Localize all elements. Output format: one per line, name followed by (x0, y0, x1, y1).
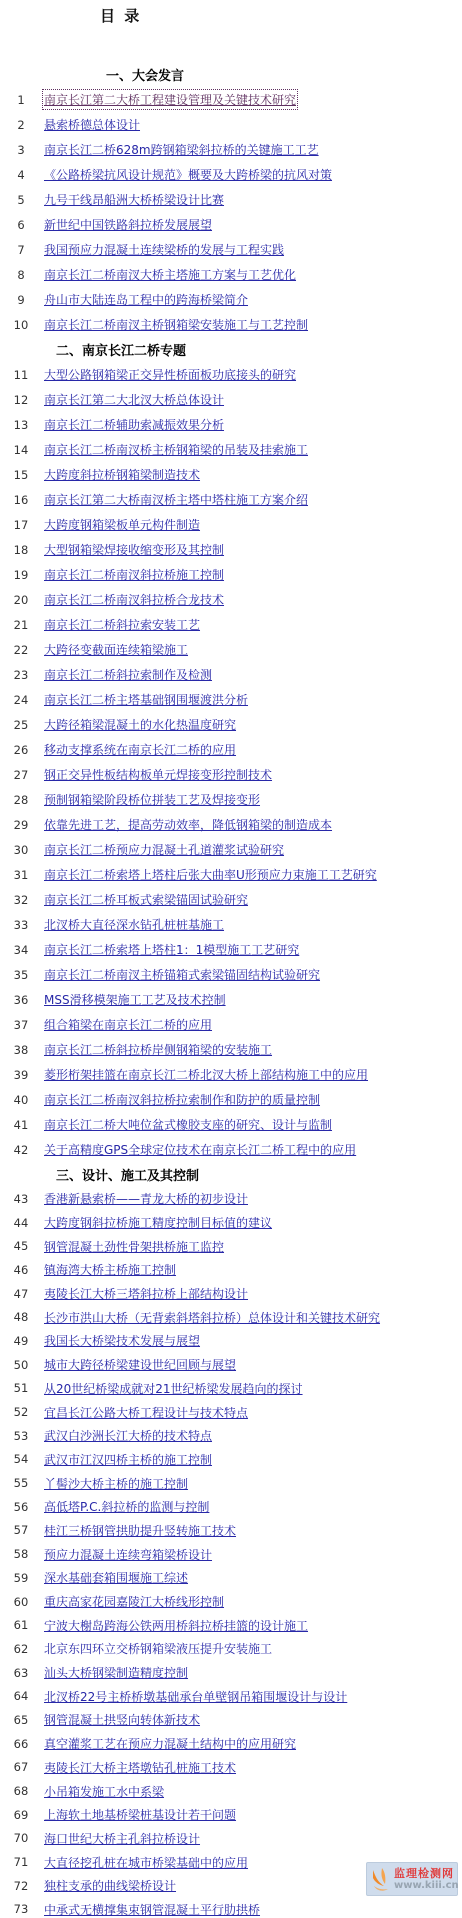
item-number: 16 (8, 493, 34, 507)
toc-link[interactable]: 真空灌浆工艺在预应力混凝土结构中的应用研究 (44, 1735, 296, 1752)
toc-link[interactable]: 移动支撑系统在南京长江二桥的应用 (44, 741, 236, 758)
watermark-logo-icon (370, 1866, 392, 1892)
item-number: 69 (8, 1808, 34, 1822)
item-number: 45 (8, 1239, 34, 1253)
toc-row: 21南京长江二桥斜拉索安装工艺 (0, 612, 462, 637)
toc-link[interactable]: 夷陵长江大桥三塔斜拉桥上部结构设计 (44, 1285, 248, 1302)
toc-row: 45钢管混凝土劲性骨架拱桥施工监控 (0, 1234, 462, 1258)
toc-link[interactable]: 南京长江二桥南汊斜拉桥拉索制作和防护的质量控制 (44, 1091, 320, 1108)
item-number: 13 (8, 418, 34, 432)
watermark-url: www.kiii.cn (394, 1881, 459, 1891)
toc-link[interactable]: 南京长江二桥斜拉索安装工艺 (44, 616, 200, 633)
item-number: 71 (8, 1855, 34, 1869)
toc-link[interactable]: 南京长江二桥预应力混凝土孔道灌浆试验研究 (44, 841, 284, 858)
toc-link[interactable]: 独柱支承的曲线梁桥设计 (44, 1877, 176, 1894)
item-number: 46 (8, 1263, 34, 1277)
toc-row: 9舟山市大陆连岛工程中的跨海桥梁简介 (0, 287, 462, 312)
toc-row: 53武汉白沙洲长江大桥的技术特点 (0, 1424, 462, 1448)
toc-row: 47夷陵长江大桥三塔斜拉桥上部结构设计 (0, 1282, 462, 1306)
toc-row: 2悬索桥德总体设计 (0, 112, 462, 137)
toc-link[interactable]: 南京长江二桥南汊斜拉桥合龙技术 (44, 591, 224, 608)
toc-row: 59深水基础套箱围堰施工综述 (0, 1566, 462, 1590)
toc-link[interactable]: 大型钢箱梁焊接收缩变形及其控制 (44, 541, 224, 558)
toc-link[interactable]: 镇海湾大桥主桥施工控制 (44, 1261, 176, 1278)
toc-link[interactable]: 大型公路钢箱梁正交异性桥面板功底接头的研究 (44, 366, 296, 383)
item-number: 39 (8, 1068, 34, 1082)
item-number: 62 (8, 1642, 34, 1656)
item-number: 32 (8, 893, 34, 907)
toc-link[interactable]: 悬索桥德总体设计 (44, 116, 140, 133)
toc-link[interactable]: 南京长江二桥南汊斜拉桥施工控制 (44, 566, 224, 583)
toc-link[interactable]: 预应力混凝土连续弯箱梁桥设计 (44, 1546, 212, 1563)
toc-row: 13南京长江二桥辅助索减振效果分析 (0, 412, 462, 437)
toc-row: 20南京长江二桥南汊斜拉桥合龙技术 (0, 587, 462, 612)
section-heading: 一、大会发言 (106, 65, 184, 84)
toc-link[interactable]: 上海软土地基桥梁桩基设计若干问题 (44, 1806, 236, 1823)
toc-link[interactable]: 北汊桥大直径深水钻孔桩桩基施工 (44, 916, 224, 933)
toc-row: 17大跨度钢箱梁板单元构件制造 (0, 512, 462, 537)
item-number: 60 (8, 1595, 34, 1609)
item-number: 70 (8, 1831, 34, 1845)
toc-row: 5九号干线昂船洲大桥桥梁设计比赛 (0, 187, 462, 212)
toc-link[interactable]: 小吊箱发施工水中系梁 (44, 1783, 164, 1800)
toc-row: 19南京长江二桥南汊斜拉桥施工控制 (0, 562, 462, 587)
toc-row: 6新世纪中国铁路斜拉桥发展展望 (0, 212, 462, 237)
toc-row: 7我国预应力混凝土连续梁桥的发展与工程实践 (0, 237, 462, 262)
toc-link[interactable]: 宜昌长江公路大桥工程设计与技术特点 (44, 1404, 248, 1421)
toc-row: 57桂江三桥钢管拱肋提升竖转施工技术 (0, 1519, 462, 1543)
toc-row: 61宁波大榭岛跨海公铁两用桥斜拉桥挂篮的设计施工 (0, 1613, 462, 1637)
toc-link[interactable]: 大跨度钢箱梁板单元构件制造 (44, 516, 200, 533)
item-number: 68 (8, 1784, 34, 1798)
toc-link[interactable]: 海口世纪大桥主孔斜拉桥设计 (44, 1830, 200, 1847)
toc-row: 8南京长江二桥南汊大桥主塔施工方案与工艺优化 (0, 262, 462, 287)
item-number: 22 (8, 643, 34, 657)
item-number: 7 (8, 243, 34, 257)
item-number: 6 (8, 218, 34, 232)
toc-row: 1南京长江第二大桥工程建设管理及关键技术研究 (0, 87, 462, 112)
item-number: 64 (8, 1689, 34, 1703)
toc-row: 70海口世纪大桥主孔斜拉桥设计 (0, 1827, 462, 1851)
section-heading-row: 三、设计、施工及其控制 (56, 1162, 462, 1187)
toc-link[interactable]: 南京长江二桥南汊桥主桥钢箱梁的吊装及挂索施工 (44, 441, 308, 458)
toc-link[interactable]: 香港新悬索桥——青龙大桥的初步设计 (44, 1190, 248, 1207)
toc-link[interactable]: 南京长江二桥628m跨钢箱梁斜拉桥的关键施工工艺 (44, 141, 319, 158)
toc-link[interactable]: 南京长江二桥索塔上塔柱1：1模型施工工艺研究 (44, 941, 299, 958)
toc-link[interactable]: 《公路桥梁抗风设计规范》概要及大跨桥梁的抗风对策 (44, 166, 332, 183)
item-number: 49 (8, 1334, 34, 1348)
item-number: 4 (8, 168, 34, 182)
item-number: 57 (8, 1523, 34, 1537)
item-number: 72 (8, 1879, 34, 1893)
item-number: 21 (8, 618, 34, 632)
toc-row: 65钢管混凝土拱竖向转体新技术 (0, 1708, 462, 1732)
toc-row: 52宜昌长江公路大桥工程设计与技术特点 (0, 1400, 462, 1424)
watermark-site-name: 监理检测网 (394, 1868, 459, 1879)
item-number: 55 (8, 1476, 34, 1490)
toc-row: 38南京长江二桥斜拉桥岸侧钢箱梁的安装施工 (0, 1037, 462, 1062)
toc-link[interactable]: 南京长江二桥南汊主桥钢箱梁安装施工与工艺控制 (44, 316, 308, 333)
toc-row: 40南京长江二桥南汊斜拉桥拉索制作和防护的质量控制 (0, 1087, 462, 1112)
item-number: 15 (8, 468, 34, 482)
toc-link[interactable]: 依靠先进工艺，提高劳动效率，降低钢箱梁的制造成本 (44, 816, 332, 833)
item-number: 33 (8, 918, 34, 932)
toc-row: 28预制钢箱梁阶段桥位拼装工艺及焊接变形 (0, 787, 462, 812)
toc-link[interactable]: 南京长江二桥斜拉索制作及检测 (44, 666, 212, 683)
toc-link[interactable]: 我国长大桥梁技术发展与展望 (44, 1332, 200, 1349)
toc-link[interactable]: 钢管混凝土拱竖向转体新技术 (44, 1711, 200, 1728)
item-number: 26 (8, 743, 34, 757)
item-number: 53 (8, 1429, 34, 1443)
toc-link[interactable]: 南京长江二桥斜拉桥岸侧钢箱梁的安装施工 (44, 1041, 272, 1058)
toc-row: 29依靠先进工艺，提高劳动效率，降低钢箱梁的制造成本 (0, 812, 462, 837)
section-heading-row: 一、大会发言 (106, 62, 462, 87)
toc-row: 24南京长江二桥主塔基础钢围堰渡洪分析 (0, 687, 462, 712)
toc-row: 23南京长江二桥斜拉索制作及检测 (0, 662, 462, 687)
item-number: 18 (8, 543, 34, 557)
toc-link[interactable]: 南京长江二桥大吨位盆式橡胶支座的研究、设计与监制 (44, 1116, 332, 1133)
item-number: 11 (8, 368, 34, 382)
toc-row: 33北汊桥大直径深水钻孔桩桩基施工 (0, 912, 462, 937)
toc-row: 69上海软土地基桥梁桩基设计若干问题 (0, 1803, 462, 1827)
toc-row: 16南京长江第二大桥南汊桥主塔中塔柱施工方案介绍 (0, 487, 462, 512)
toc-row: 49我国长大桥梁技术发展与展望 (0, 1329, 462, 1353)
watermark-badge: 监理检测网 www.kiii.cn (366, 1862, 458, 1896)
toc-link[interactable]: 宁波大榭岛跨海公铁两用桥斜拉桥挂篮的设计施工 (44, 1617, 308, 1634)
toc-row: 51从20世纪桥梁成就对21世纪桥梁发展趋向的探讨 (0, 1377, 462, 1401)
toc-row: 54武汉市江汉四桥主桥的施工控制 (0, 1448, 462, 1472)
item-number: 5 (8, 193, 34, 207)
item-number: 47 (8, 1287, 34, 1301)
page-title: 目 录 (100, 5, 462, 26)
item-number: 25 (8, 718, 34, 732)
toc-row: 56高低塔P.C.斜拉桥的监测与控制 (0, 1495, 462, 1519)
toc-row: 34南京长江二桥索塔上塔柱1：1模型施工工艺研究 (0, 937, 462, 962)
toc-row: 26移动支撑系统在南京长江二桥的应用 (0, 737, 462, 762)
toc-link[interactable]: 南京长江二桥索塔上塔柱后张大曲率U形预应力束施工工艺研究 (44, 866, 377, 883)
item-number: 17 (8, 518, 34, 532)
toc-row: 73中承式无横撑集束钢管混凝土平行肋拱桥 (0, 1898, 462, 1918)
toc-link[interactable]: 南京长江二桥南汊主桥锚箱式索梁锚固结构试验研究 (44, 966, 320, 983)
toc-link[interactable]: 北京东四环立交桥钢箱梁液压提升安装施工 (44, 1640, 272, 1657)
toc-row: 35南京长江二桥南汊主桥锚箱式索梁锚固结构试验研究 (0, 962, 462, 987)
toc-row: 11大型公路钢箱梁正交异性桥面板功底接头的研究 (0, 362, 462, 387)
toc-link[interactable]: 武汉市江汉四桥主桥的施工控制 (44, 1451, 212, 1468)
item-number: 24 (8, 693, 34, 707)
item-number: 73 (8, 1902, 34, 1916)
toc-row: 10南京长江二桥南汊主桥钢箱梁安装施工与工艺控制 (0, 312, 462, 337)
item-number: 14 (8, 443, 34, 457)
item-number: 44 (8, 1216, 34, 1230)
toc-link[interactable]: 大跨度斜拉桥钢箱梁制造技术 (44, 466, 200, 483)
toc-link[interactable]: 南京长江第二大北汊大桥总体设计 (44, 391, 224, 408)
item-number: 63 (8, 1666, 34, 1680)
item-number: 48 (8, 1310, 34, 1324)
toc-row: 67夷陵长江大桥主塔墩钻孔桩施工技术 (0, 1756, 462, 1780)
toc-row: 18大型钢箱梁焊接收缩变形及其控制 (0, 537, 462, 562)
toc-link[interactable]: 南京长江二桥南汊大桥主塔施工方案与工艺优化 (44, 266, 296, 283)
toc-link[interactable]: 汕头大桥钢梁制造精度控制 (44, 1664, 188, 1681)
toc-row: 50城市大跨径桥梁建设世纪回顾与展望 (0, 1353, 462, 1377)
toc-row: 55丫髻沙大桥主桥的施工控制 (0, 1471, 462, 1495)
item-number: 65 (8, 1713, 34, 1727)
toc-link[interactable]: MSS滑移模架施工工艺及技术控制 (44, 991, 226, 1008)
item-number: 9 (8, 293, 34, 307)
toc-link[interactable]: 夷陵长江大桥主塔墩钻孔桩施工技术 (44, 1759, 236, 1776)
toc-link[interactable]: 高低塔P.C.斜拉桥的监测与控制 (44, 1498, 209, 1515)
toc-link[interactable]: 城市大跨径桥梁建设世纪回顾与展望 (44, 1356, 236, 1373)
toc-link[interactable]: 舟山市大陆连岛工程中的跨海桥梁简介 (44, 291, 248, 308)
toc-row: 43香港新悬索桥——青龙大桥的初步设计 (0, 1187, 462, 1211)
item-number: 58 (8, 1547, 34, 1561)
toc-link[interactable]: 桂江三桥钢管拱肋提升竖转施工技术 (44, 1522, 236, 1539)
toc-section: 三、设计、施工及其控制43香港新悬索桥——青龙大桥的初步设计44大跨度钢斜拉桥施… (0, 1162, 462, 1918)
toc-link[interactable]: 预制钢箱梁阶段桥位拼装工艺及焊接变形 (44, 791, 260, 808)
toc-row: 66真空灌浆工艺在预应力混凝土结构中的应用研究 (0, 1732, 462, 1756)
toc-link[interactable]: 南京长江第二大桥工程建设管理及关键技术研究 (44, 91, 296, 108)
item-number: 38 (8, 1043, 34, 1057)
toc-row: 46镇海湾大桥主桥施工控制 (0, 1258, 462, 1282)
toc-link[interactable]: 丫髻沙大桥主桥的施工控制 (44, 1475, 188, 1492)
toc-link[interactable]: 南京长江第二大桥南汊桥主塔中塔柱施工方案介绍 (44, 491, 308, 508)
item-number: 1 (8, 93, 34, 107)
item-number: 34 (8, 943, 34, 957)
toc-row: 60重庆高家花园嘉陵江大桥线形控制 (0, 1590, 462, 1614)
item-number: 31 (8, 868, 34, 882)
toc-link[interactable]: 关于高精度GPS全球定位技术在南京长江二桥工程中的应用 (44, 1141, 356, 1158)
toc-row: 44大跨度钢斜拉桥施工精度控制目标值的建议 (0, 1211, 462, 1235)
item-number: 41 (8, 1118, 34, 1132)
item-number: 2 (8, 118, 34, 132)
toc-row: 4《公路桥梁抗风设计规范》概要及大跨桥梁的抗风对策 (0, 162, 462, 187)
item-number: 27 (8, 768, 34, 782)
item-number: 37 (8, 1018, 34, 1032)
item-number: 56 (8, 1500, 34, 1514)
toc-row: 58预应力混凝土连续弯箱梁桥设计 (0, 1542, 462, 1566)
item-number: 20 (8, 593, 34, 607)
toc-link[interactable]: 大跨径箱梁混凝土的水化热温度研究 (44, 716, 236, 733)
toc-link[interactable]: 钢正交异性板结构板单元焊接变形控制技术 (44, 766, 272, 783)
toc-link[interactable]: 大跨度钢斜拉桥施工精度控制目标值的建议 (44, 1214, 272, 1231)
section-heading: 三、设计、施工及其控制 (56, 1165, 199, 1184)
item-number: 3 (8, 143, 34, 157)
toc-link[interactable]: 重庆高家花园嘉陵江大桥线形控制 (44, 1593, 224, 1610)
toc-row: 42关于高精度GPS全球定位技术在南京长江二桥工程中的应用 (0, 1137, 462, 1162)
item-number: 36 (8, 993, 34, 1007)
toc-link[interactable]: 深水基础套箱围堰施工综述 (44, 1569, 188, 1586)
toc-link[interactable]: 武汉白沙洲长江大桥的技术特点 (44, 1427, 212, 1444)
toc-row: 27钢正交异性板结构板单元焊接变形控制技术 (0, 762, 462, 787)
toc-link[interactable]: 长沙市洪山大桥（无背索斜塔斜拉桥）总体设计和关键技术研究 (44, 1309, 380, 1326)
toc-link[interactable]: 北汊桥22号主桥桥墩基础承台单壁钢吊箱围堰设计与设计 (44, 1688, 347, 1705)
item-number: 50 (8, 1358, 34, 1372)
toc-row: 64北汊桥22号主桥桥墩基础承台单壁钢吊箱围堰设计与设计 (0, 1684, 462, 1708)
table-of-contents: 一、大会发言1南京长江第二大桥工程建设管理及关键技术研究2悬索桥德总体设计3南京… (0, 62, 462, 1918)
toc-row: 25大跨径箱梁混凝土的水化热温度研究 (0, 712, 462, 737)
toc-row: 48长沙市洪山大桥（无背索斜塔斜拉桥）总体设计和关键技术研究 (0, 1305, 462, 1329)
toc-row: 15大跨度斜拉桥钢箱梁制造技术 (0, 462, 462, 487)
item-number: 35 (8, 968, 34, 982)
toc-row: 68小吊箱发施工水中系梁 (0, 1779, 462, 1803)
toc-row: 12南京长江第二大北汊大桥总体设计 (0, 387, 462, 412)
toc-link[interactable]: 从20世纪桥梁成就对21世纪桥梁发展趋向的探讨 (44, 1380, 303, 1397)
item-number: 61 (8, 1618, 34, 1632)
toc-row: 14南京长江二桥南汊桥主桥钢箱梁的吊装及挂索施工 (0, 437, 462, 462)
item-number: 29 (8, 818, 34, 832)
item-number: 43 (8, 1192, 34, 1206)
section-heading: 二、南京长江二桥专题 (56, 340, 186, 359)
item-number: 12 (8, 393, 34, 407)
item-number: 40 (8, 1093, 34, 1107)
item-number: 10 (8, 318, 34, 332)
toc-row: 36MSS滑移模架施工工艺及技术控制 (0, 987, 462, 1012)
item-number: 42 (8, 1143, 34, 1157)
toc-row: 62北京东四环立交桥钢箱梁液压提升安装施工 (0, 1637, 462, 1661)
item-number: 23 (8, 668, 34, 682)
toc-link[interactable]: 南京长江二桥耳板式索梁锚固试验研究 (44, 891, 248, 908)
toc-link[interactable]: 南京长江二桥主塔基础钢围堰渡洪分析 (44, 691, 248, 708)
toc-link[interactable]: 组合箱梁在南京长江二桥的应用 (44, 1016, 212, 1033)
toc-row: 22大跨径变截面连续箱梁施工 (0, 637, 462, 662)
item-number: 8 (8, 268, 34, 282)
toc-link[interactable]: 新世纪中国铁路斜拉桥发展展望 (44, 216, 212, 233)
toc-row: 31南京长江二桥索塔上塔柱后张大曲率U形预应力束施工工艺研究 (0, 862, 462, 887)
toc-row: 41南京长江二桥大吨位盆式橡胶支座的研究、设计与监制 (0, 1112, 462, 1137)
toc-section: 二、南京长江二桥专题11大型公路钢箱梁正交异性桥面板功底接头的研究12南京长江第… (0, 337, 462, 1162)
toc-link[interactable]: 九号干线昂船洲大桥桥梁设计比赛 (44, 191, 224, 208)
item-number: 59 (8, 1571, 34, 1585)
item-number: 19 (8, 568, 34, 582)
toc-link[interactable]: 菱形桁架挂篮在南京长江二桥北汊大桥上部结构施工中的应用 (44, 1066, 368, 1083)
toc-link[interactable]: 大跨径变截面连续箱梁施工 (44, 641, 188, 658)
toc-section: 一、大会发言1南京长江第二大桥工程建设管理及关键技术研究2悬索桥德总体设计3南京… (0, 62, 462, 337)
toc-row: 37组合箱梁在南京长江二桥的应用 (0, 1012, 462, 1037)
item-number: 54 (8, 1452, 34, 1466)
toc-row: 63汕头大桥钢梁制造精度控制 (0, 1661, 462, 1685)
item-number: 28 (8, 793, 34, 807)
toc-link[interactable]: 我国预应力混凝土连续梁桥的发展与工程实践 (44, 241, 284, 258)
item-number: 67 (8, 1760, 34, 1774)
toc-link[interactable]: 南京长江二桥辅助索减振效果分析 (44, 416, 224, 433)
item-number: 51 (8, 1381, 34, 1395)
toc-row: 32南京长江二桥耳板式索梁锚固试验研究 (0, 887, 462, 912)
toc-row: 39菱形桁架挂篮在南京长江二桥北汊大桥上部结构施工中的应用 (0, 1062, 462, 1087)
toc-link[interactable]: 钢管混凝土劲性骨架拱桥施工监控 (44, 1238, 224, 1255)
item-number: 52 (8, 1405, 34, 1419)
item-number: 30 (8, 843, 34, 857)
toc-link[interactable]: 大直径挖孔桩在城市桥梁基础中的应用 (44, 1854, 248, 1871)
toc-link[interactable]: 中承式无横撑集束钢管混凝土平行肋拱桥 (44, 1901, 260, 1918)
item-number: 66 (8, 1737, 34, 1751)
toc-row: 3南京长江二桥628m跨钢箱梁斜拉桥的关键施工工艺 (0, 137, 462, 162)
section-heading-row: 二、南京长江二桥专题 (56, 337, 462, 362)
toc-row: 30南京长江二桥预应力混凝土孔道灌浆试验研究 (0, 837, 462, 862)
